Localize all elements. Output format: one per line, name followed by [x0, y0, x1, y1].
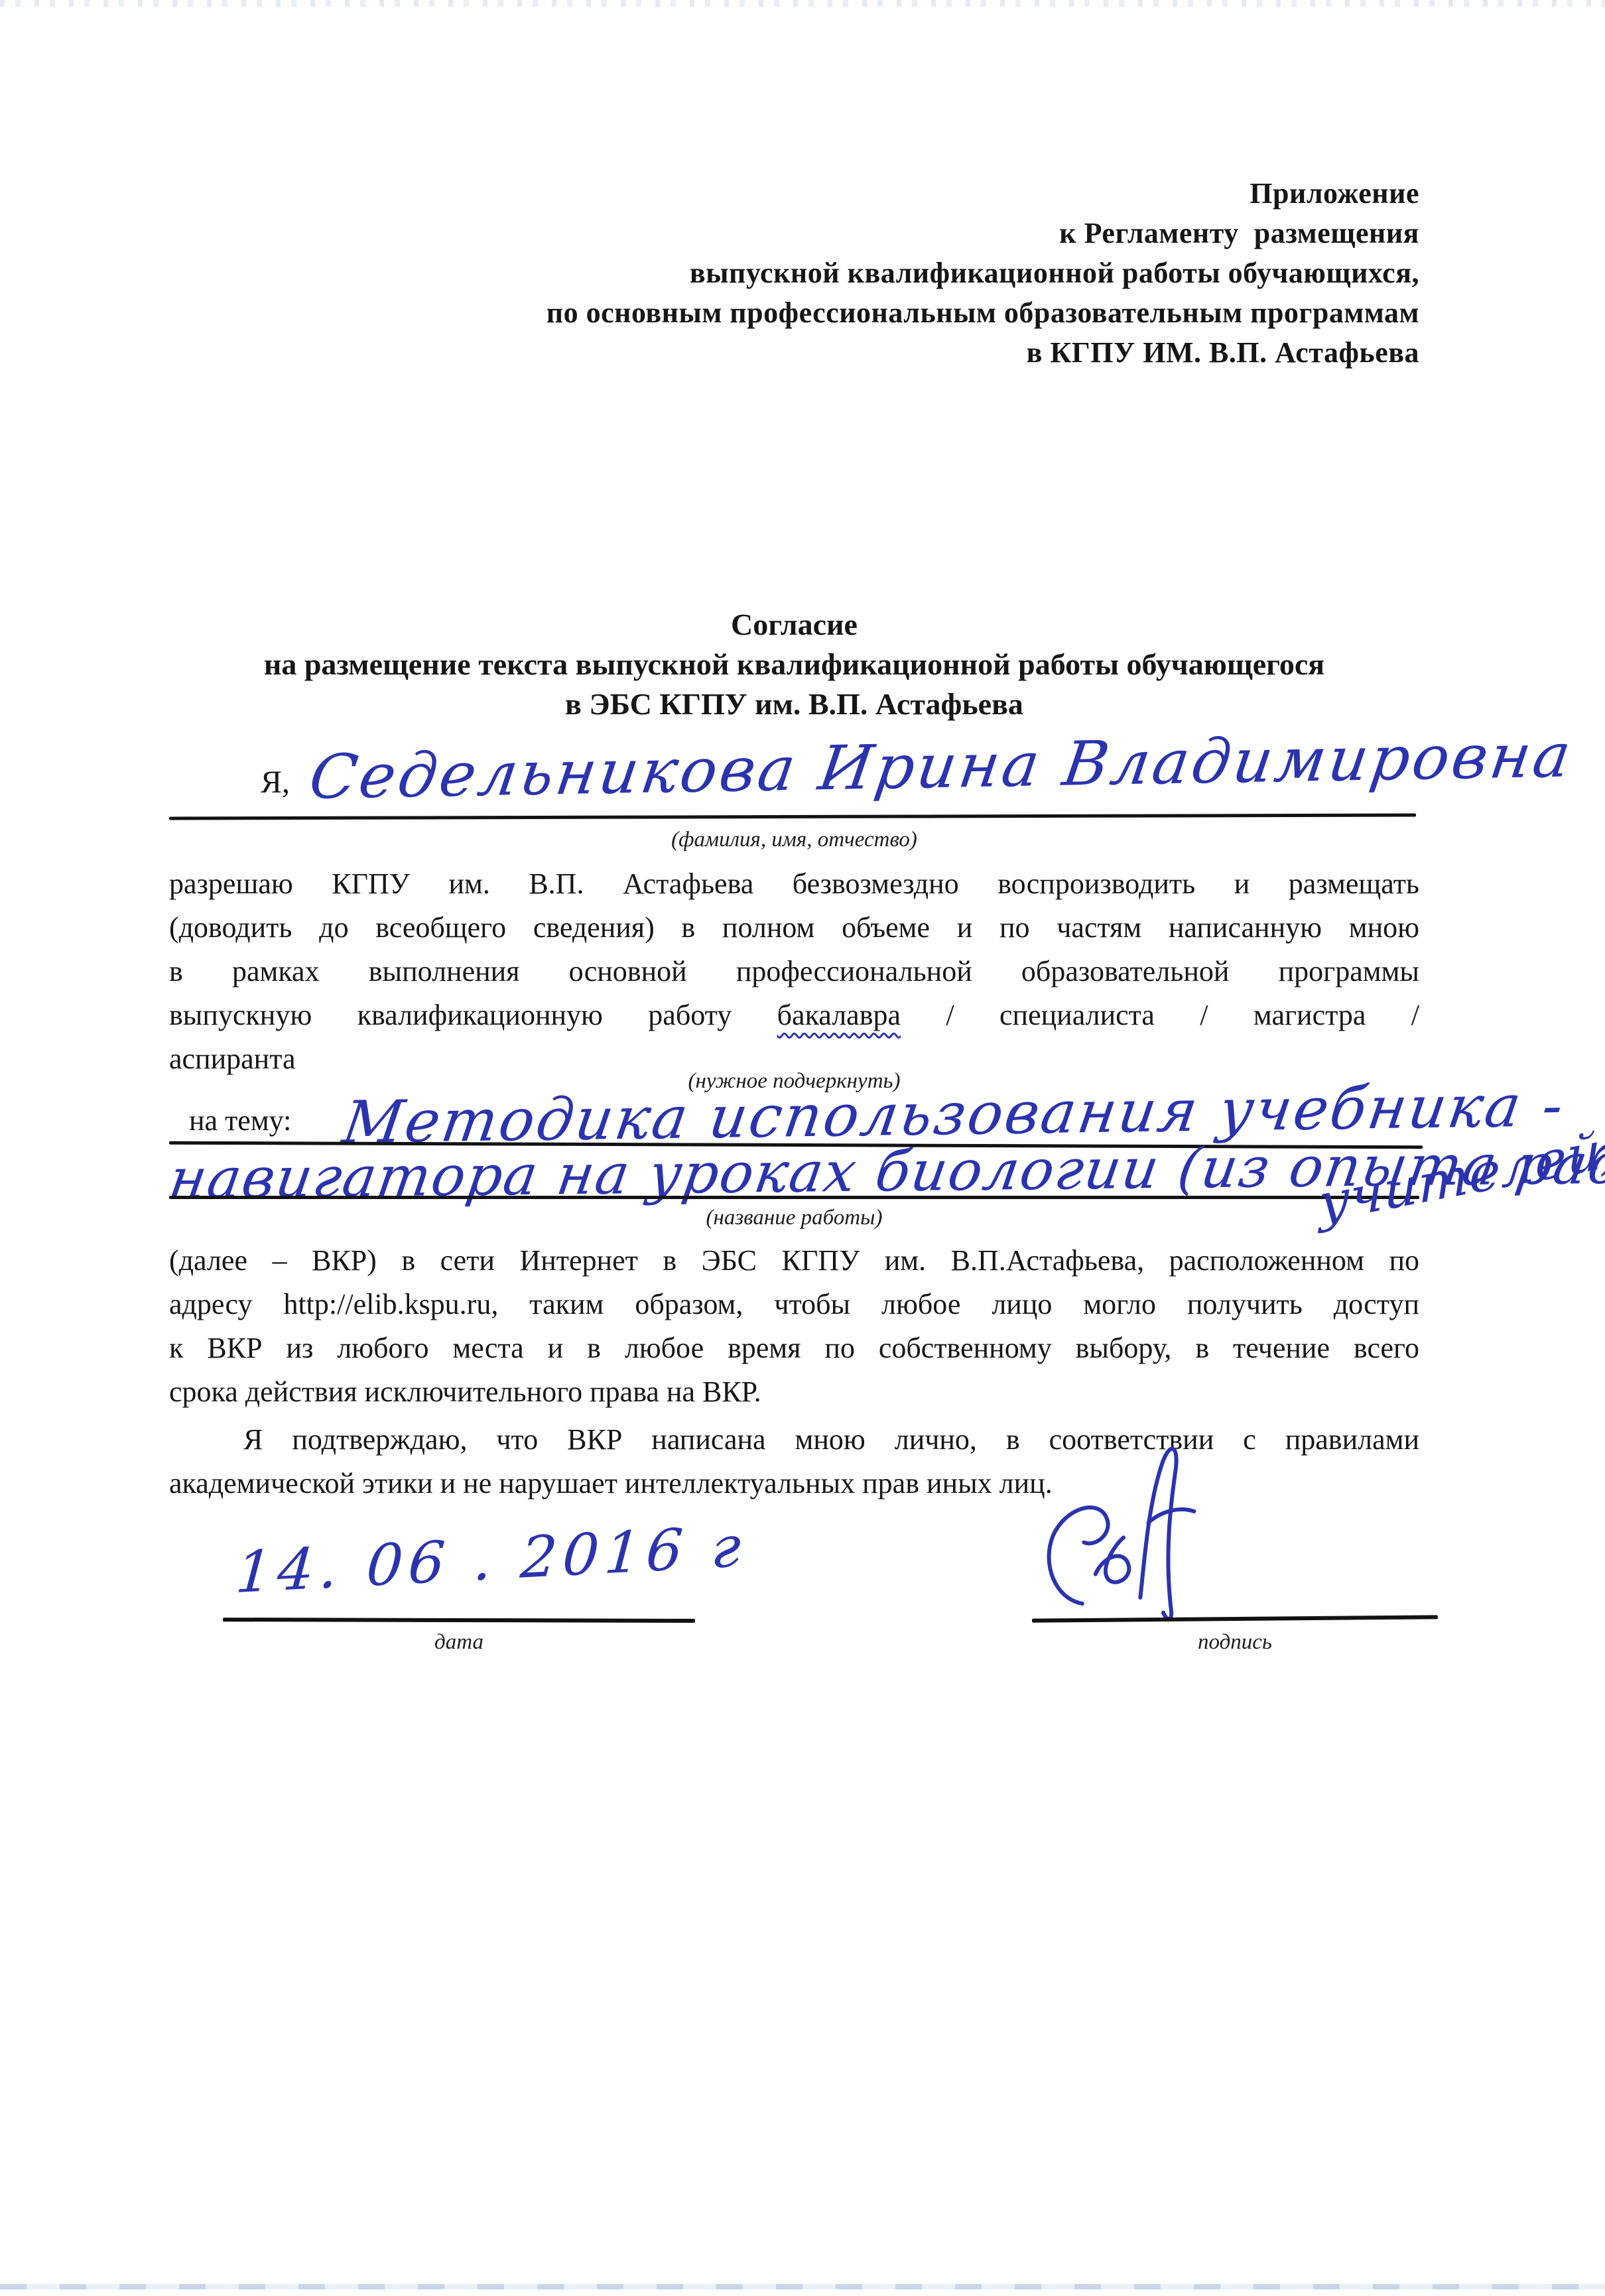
- work-title-caption: (название работы): [169, 1206, 1419, 1230]
- header-line-1: Приложение: [398, 174, 1419, 214]
- scan-edge-top: [0, 0, 1605, 7]
- title-line-3: в ЭБС КГПУ им. В.П. Астафьева: [169, 684, 1419, 724]
- permission-line-1: разрешаю КГПУ им. В.П. Астафьева безвозм…: [169, 862, 1419, 906]
- permission-line-4-post: / специалиста / магистра /: [901, 999, 1419, 1031]
- permission-line-2: (доводить до всеобщего сведения) в полно…: [169, 906, 1419, 950]
- terms-line-1: (далее – ВКР) в сети Интернет в ЭБС КГПУ…: [169, 1239, 1419, 1283]
- fio-caption: (фамилия, имя, отчество): [169, 828, 1419, 852]
- bachelor-underlined-word: бакалавра: [777, 999, 901, 1031]
- terms-line-2: адресу http://elib.kspu.ru, таким образо…: [169, 1283, 1419, 1326]
- date-caption: дата: [223, 1630, 695, 1655]
- terms-paragraph: (далее – ВКР) в сети Интернет в ЭБС КГПУ…: [169, 1239, 1419, 1414]
- topic-label: на тему:: [189, 1104, 291, 1137]
- terms-line-3: к ВКР из любого места и в любое время по…: [169, 1326, 1419, 1370]
- header-line-3: выпускной квалификационной работы обучаю…: [398, 253, 1419, 293]
- signature-caption: подпись: [1032, 1630, 1438, 1655]
- header-line-5: в КГПУ ИМ. В.П. Астафьева: [398, 333, 1419, 373]
- declarant-name-handwriting: Седельникова Ирина Владимировна: [305, 720, 1578, 812]
- permission-line-3: в рамках выполнения основной профессиона…: [169, 950, 1419, 993]
- title-line-2: на размещение текста выпускной квалифика…: [169, 645, 1419, 684]
- permission-line-4: выпускную квалификационную работу бакала…: [169, 993, 1419, 1037]
- declarant-prefix: Я,: [261, 764, 290, 800]
- scanned-consent-document: Приложение к Регламенту размещения выпус…: [0, 0, 1605, 2296]
- terms-line-4: срока действия исключительного права на …: [169, 1370, 1419, 1414]
- topic-underline-2: [169, 1196, 1419, 1199]
- header-block: Приложение к Регламенту размещения выпус…: [398, 174, 1419, 373]
- date-underline: [223, 1618, 695, 1623]
- title-block: Согласие на размещение текста выпускной …: [169, 605, 1419, 724]
- header-line-2: к Регламенту размещения: [398, 214, 1419, 253]
- name-underline: [169, 814, 1416, 820]
- scan-edge-bottom: [0, 2284, 1605, 2289]
- signature-scribble: [1015, 1444, 1240, 1630]
- date-handwriting: 14. 06 . 2016 г: [233, 1513, 748, 1606]
- permission-paragraph: разрешаю КГПУ им. В.П. Астафьева безвозм…: [169, 862, 1419, 1081]
- header-line-4: по основным профессиональным образовател…: [398, 293, 1419, 333]
- title-line-1: Согласие: [169, 605, 1419, 645]
- permission-line-4-pre: выпускную квалификационную работу: [169, 999, 777, 1031]
